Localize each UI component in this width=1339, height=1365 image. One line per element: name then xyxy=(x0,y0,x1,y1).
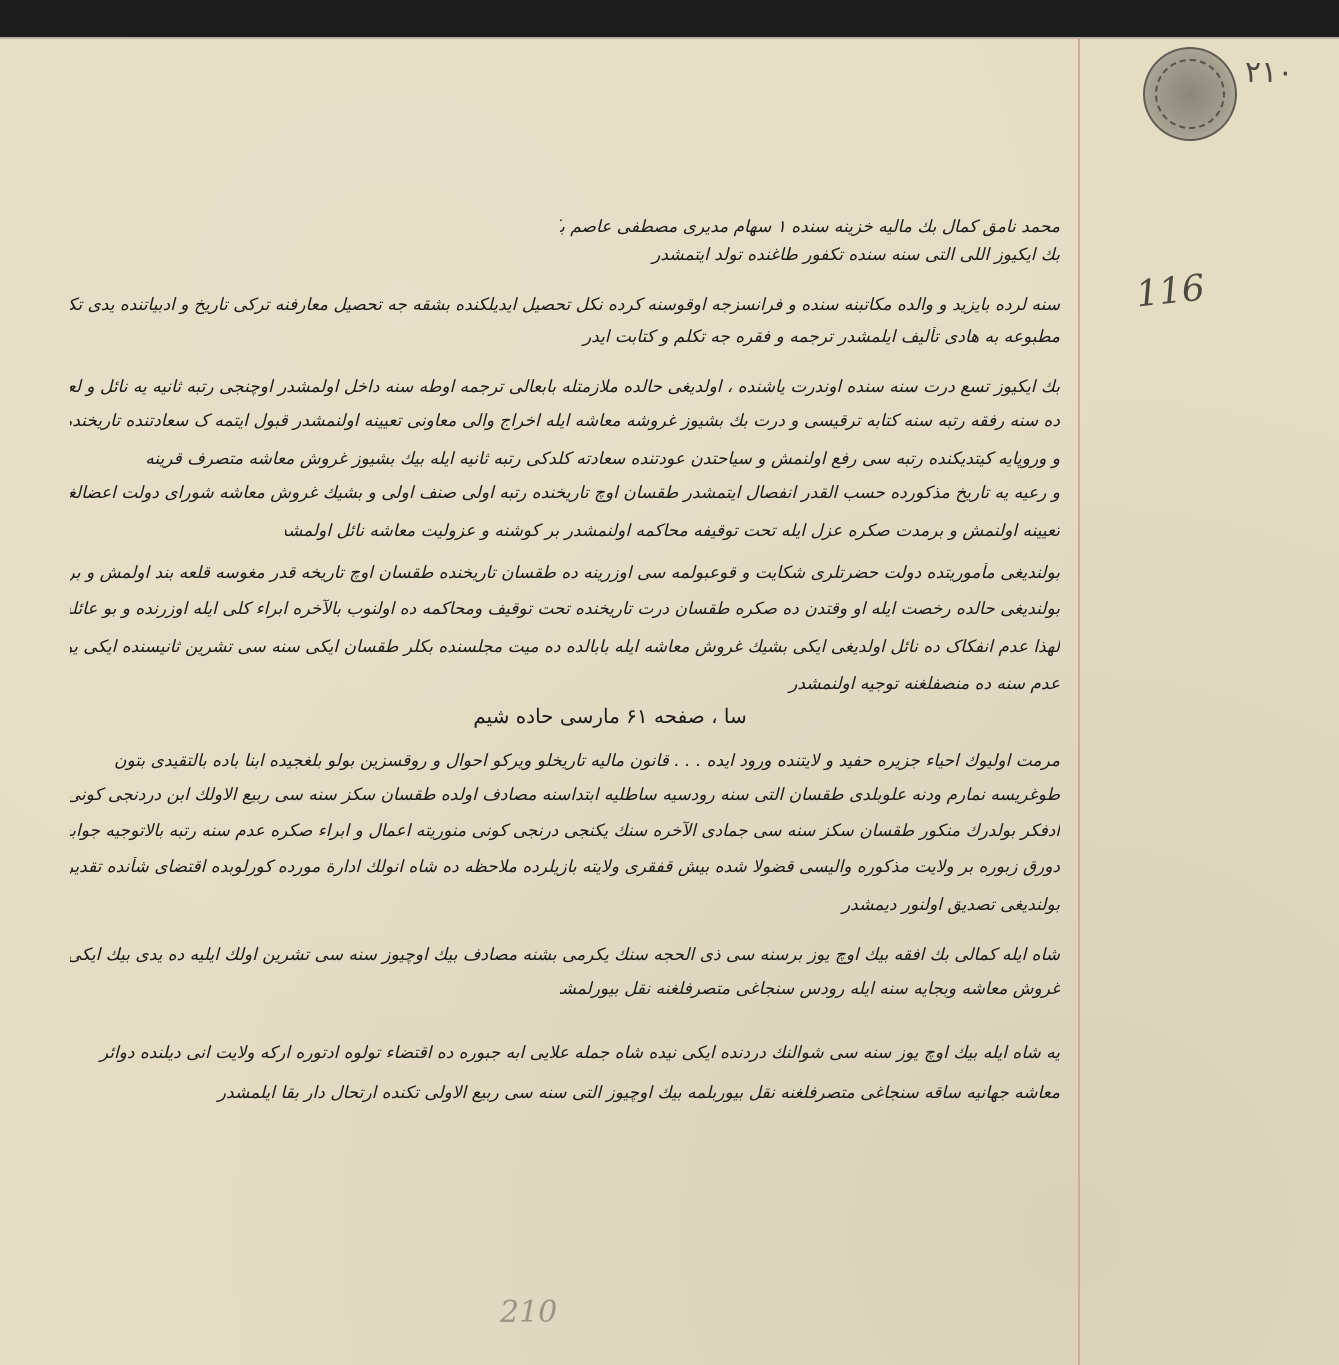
text-line: بك ایکیوز اللی التی سنه سنده تکفور طاغند… xyxy=(600,245,1060,265)
text-line: یه شاه ایله بیك اوچ یوز سنه سی شوالنك در… xyxy=(70,1043,1060,1063)
signature: سا ، صفحه ۶۱ مارسی حاده شیم xyxy=(400,704,820,728)
text-line: مرمت اولیوك احیاء جزیره حفید و لایتنده و… xyxy=(70,751,1060,771)
folio-number-bottom: 210 xyxy=(500,1295,557,1330)
text-line: ده سنه رفقه رتبه سنه کتابه ترقیسی و درت … xyxy=(70,411,1060,431)
text-line: محمد نامق کمال بك مالیه خزینه سنده ۱ سها… xyxy=(560,217,1060,237)
text-line: ادفکر بولدرك منکور طقسان سکز سنه سی جماد… xyxy=(70,821,1060,841)
text-line: لهذا عدم انفکاک ده نائل اولدیغی ایکی بشی… xyxy=(70,637,1060,657)
folio-number-pencil: 116 xyxy=(1134,268,1207,316)
text-line: مطبوعه به هادی تألیف ایلمشدر ترجمه و فقر… xyxy=(530,327,1060,347)
text-line: معاشه جهانیه ساقه سنجاغی متصرفلغنه نقل ب… xyxy=(140,1083,1060,1103)
text-line: و رعیه یه تاریخ مذکورده حسب القدر انفصال… xyxy=(70,483,1060,503)
text-line: غروش معاشه وبجایه سنه ایله رودس سنجاغی م… xyxy=(560,979,1060,999)
text-line: شاه ایله کمالی بك افقه بیك اوچ یوز برسنه… xyxy=(70,945,1060,965)
folio-number-top: ٢١٠ xyxy=(1245,55,1293,90)
text-line: بولندیغی مأموریتده دولت حضرتلری شکایت و … xyxy=(70,563,1060,583)
text-line: بولندیغی حالده رخصت ایله او وقتدن ده صکر… xyxy=(70,599,1060,619)
document-page: ٢١٠ 116 محمد نامق کمال بك مالیه خزینه سن… xyxy=(0,37,1339,1365)
text-line: تعیینه اولنمش و برمدت صکره عزل ایله تحت … xyxy=(285,521,1060,541)
text-line: و وروپایه کیتدیکنده رتبه سی رفع اولنمش و… xyxy=(70,449,1060,469)
text-line: بك ایکیوز تسع درت سنه سنده اوندرت یاشنده… xyxy=(70,377,1060,397)
text-line: دورق زبوره بر ولایت مذکوره والیسی قضولا … xyxy=(70,857,1060,877)
margin-rule xyxy=(1078,39,1080,1365)
seal-stamp-icon xyxy=(1143,47,1237,141)
text-line: عدم سنه ده منصفلغنه توجیه اولنمشدر xyxy=(750,674,1060,694)
text-line: سنه لرده بایزید و والده مکاتبنه سنده و ف… xyxy=(70,295,1060,315)
text-line: طوغریسه نمارم ودنه علوبلدی طقسان التی سن… xyxy=(70,785,1060,805)
text-line: بولندیغی تصدیق اولنور دیمشدر xyxy=(760,895,1060,915)
